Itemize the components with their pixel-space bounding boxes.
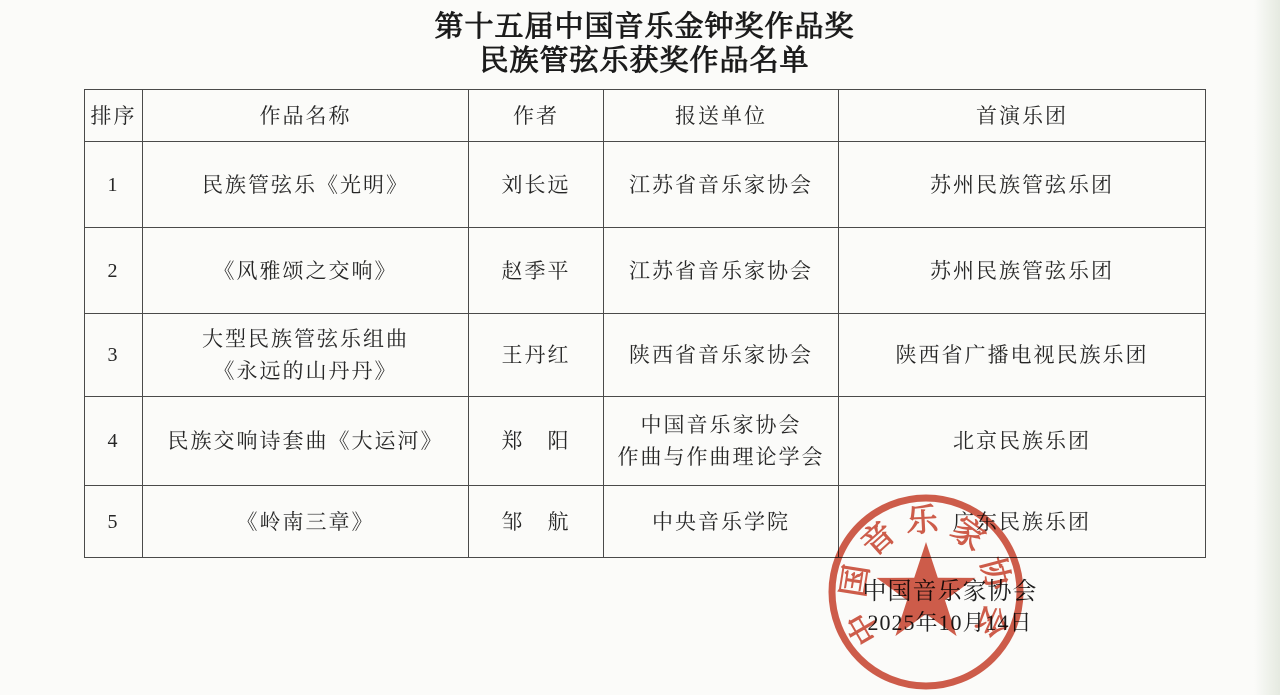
table-row: 3 大型民族管弦乐组曲 《永远的山丹丹》 王丹红 陕西省音乐家协会 陕西省广播电… [85, 314, 1206, 397]
header-work: 作品名称 [143, 90, 469, 142]
cell-author: 邹 航 [469, 486, 604, 558]
table-header-row: 排序 作品名称 作者 报送单位 首演乐团 [85, 90, 1206, 142]
cell-author: 赵季平 [469, 228, 604, 314]
unit-line: 作曲与作曲理论学会 [608, 441, 834, 473]
cell-work: 民族管弦乐《光明》 [143, 142, 469, 228]
signature-org: 中国音乐家协会 [845, 577, 1055, 608]
cell-author: 王丹红 [469, 314, 604, 397]
scan-edge-shadow [1254, 0, 1280, 695]
cell-orchestra: 陕西省广播电视民族乐团 [839, 314, 1206, 397]
work-line: 大型民族管弦乐组曲 [147, 323, 464, 355]
signature-block: 中国音乐家协会 2025年10月14日 [845, 577, 1055, 638]
header-rank: 排序 [85, 90, 143, 142]
document-title-line-1: 第十五届中国音乐金钟奖作品奖 [84, 10, 1205, 44]
cell-work: 大型民族管弦乐组曲 《永远的山丹丹》 [143, 314, 469, 397]
cell-unit: 中央音乐学院 [604, 486, 839, 558]
cell-orchestra: 苏州民族管弦乐团 [839, 228, 1206, 314]
cell-rank: 1 [85, 142, 143, 228]
award-table: 排序 作品名称 作者 报送单位 首演乐团 1 民族管弦乐《光明》 刘长远 江苏省… [84, 89, 1206, 558]
work-line: 《永远的山丹丹》 [147, 355, 464, 387]
cell-work: 《风雅颂之交响》 [143, 228, 469, 314]
cell-unit: 江苏省音乐家协会 [604, 228, 839, 314]
document-title-line-2: 民族管弦乐获奖作品名单 [84, 44, 1205, 78]
cell-author: 郑 阳 [469, 397, 604, 486]
header-unit: 报送单位 [604, 90, 839, 142]
cell-orchestra: 苏州民族管弦乐团 [839, 142, 1206, 228]
cell-orchestra: 广东民族乐团 [839, 486, 1206, 558]
document-title: 第十五届中国音乐金钟奖作品奖 民族管弦乐获奖作品名单 [84, 10, 1205, 78]
cell-work: 《岭南三章》 [143, 486, 469, 558]
cell-rank: 2 [85, 228, 143, 314]
cell-author: 刘长远 [469, 142, 604, 228]
header-orchestra: 首演乐团 [839, 90, 1206, 142]
table-row: 5 《岭南三章》 邹 航 中央音乐学院 广东民族乐团 [85, 486, 1206, 558]
scanned-document-page: 第十五届中国音乐金钟奖作品奖 民族管弦乐获奖作品名单 排序 作品名称 作者 报送… [0, 0, 1280, 695]
cell-work: 民族交响诗套曲《大运河》 [143, 397, 469, 486]
signature-date: 2025年10月14日 [845, 608, 1055, 638]
unit-line: 中国音乐家协会 [608, 409, 834, 441]
cell-rank: 4 [85, 397, 143, 486]
table-row: 2 《风雅颂之交响》 赵季平 江苏省音乐家协会 苏州民族管弦乐团 [85, 228, 1206, 314]
cell-rank: 5 [85, 486, 143, 558]
cell-rank: 3 [85, 314, 143, 397]
cell-unit: 中国音乐家协会 作曲与作曲理论学会 [604, 397, 839, 486]
header-author: 作者 [469, 90, 604, 142]
cell-unit: 陕西省音乐家协会 [604, 314, 839, 397]
table-row: 4 民族交响诗套曲《大运河》 郑 阳 中国音乐家协会 作曲与作曲理论学会 北京民… [85, 397, 1206, 486]
cell-unit: 江苏省音乐家协会 [604, 142, 839, 228]
table-row: 1 民族管弦乐《光明》 刘长远 江苏省音乐家协会 苏州民族管弦乐团 [85, 142, 1206, 228]
cell-orchestra: 北京民族乐团 [839, 397, 1206, 486]
